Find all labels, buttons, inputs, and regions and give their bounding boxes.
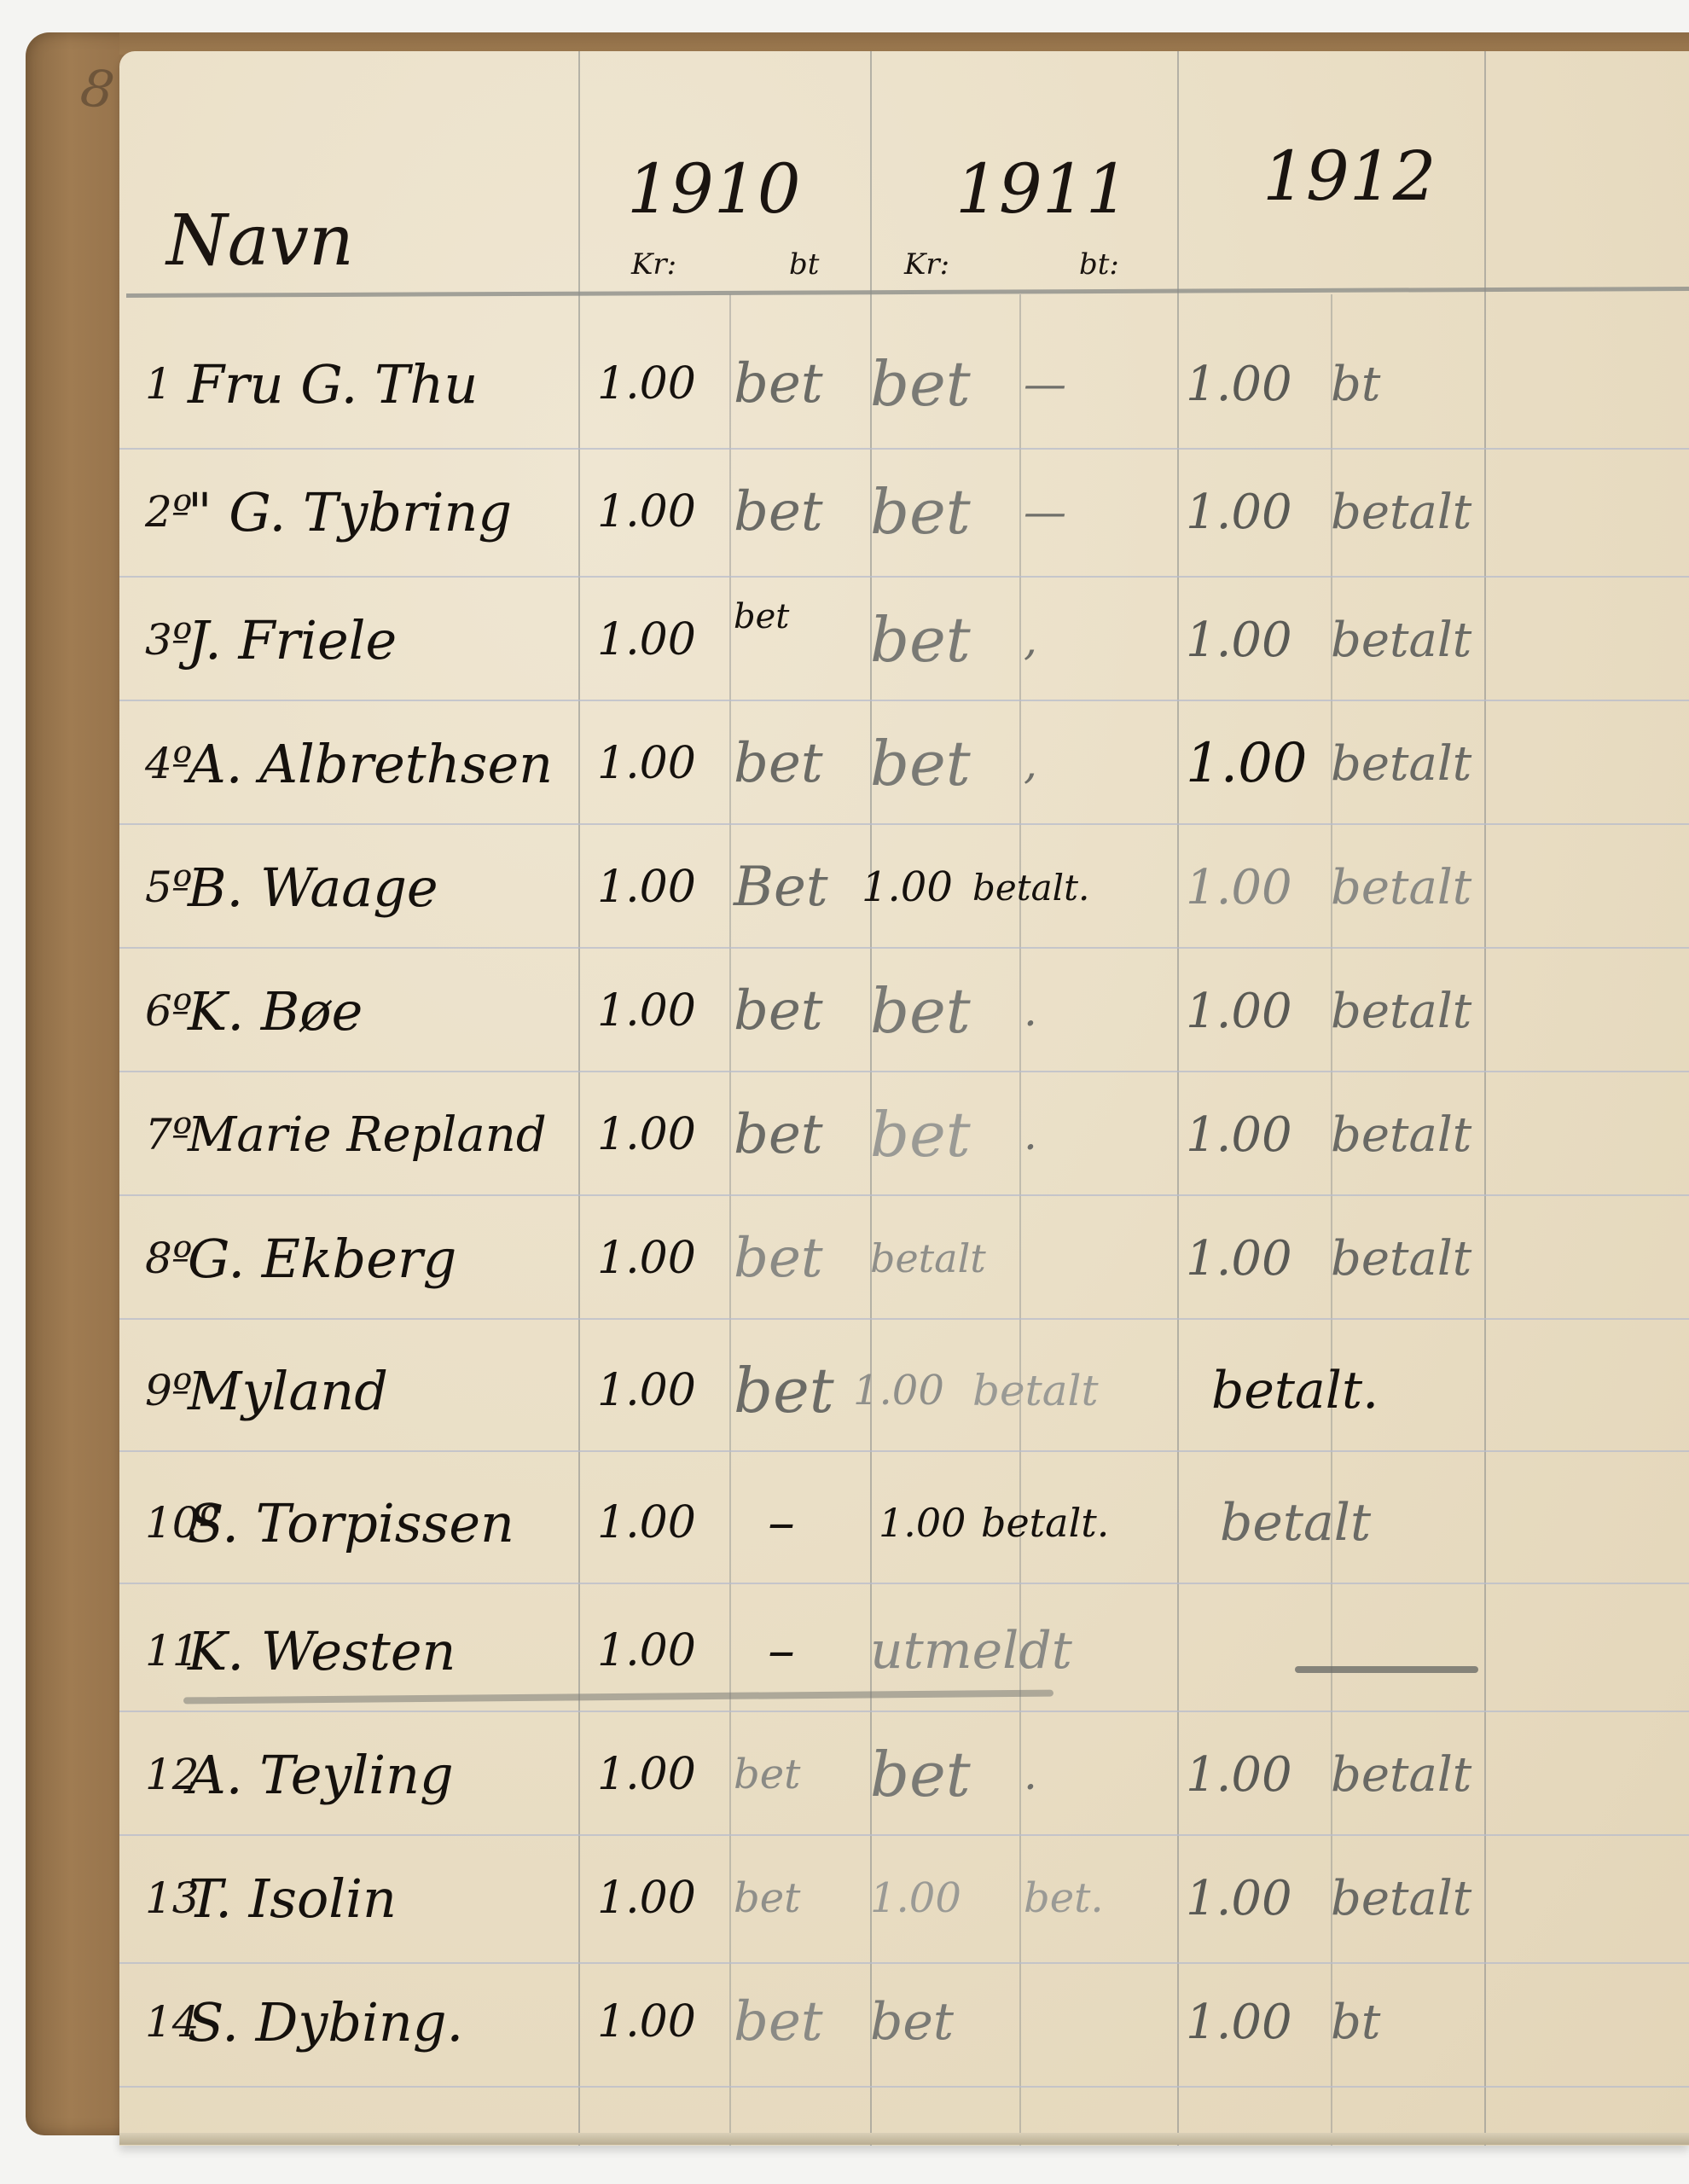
- amount-1911: bet: [870, 1075, 1015, 1194]
- paid-1911: [1024, 1962, 1194, 2082]
- amount-1910: 1.00: [597, 1838, 725, 1958]
- paid-1912: betalt: [1331, 951, 1553, 1071]
- paid-1910: bet: [734, 1715, 879, 1834]
- amount-1911: bet: [870, 951, 1015, 1071]
- amount-1912: 1.00: [1186, 1199, 1339, 1318]
- amount-1912: 1.00: [1186, 951, 1339, 1071]
- paid-1912: betalt: [1331, 452, 1553, 572]
- amount-1910: 1.00: [597, 1075, 725, 1194]
- row-rule: [119, 1318, 1689, 1320]
- column-header-name: Navn: [166, 200, 354, 282]
- paid-1912: bt: [1331, 1962, 1553, 2082]
- row-rule: [119, 1711, 1689, 1712]
- paid-1912: betalt: [1331, 704, 1553, 823]
- amount-1910: 1.00: [597, 324, 725, 444]
- amount-1910: 1.00: [597, 1331, 725, 1450]
- ledger-row: 2º " G. Tybring 1.00 bet bet — 1.00 beta…: [119, 452, 1689, 572]
- paid-1910: bet: [734, 580, 879, 717]
- ledger-row: 10º S. Torpissen 1.00 – 1.00 betalt. bet…: [119, 1463, 1689, 1583]
- subheader-1910-kr: Kr:: [631, 247, 676, 282]
- amount-1910: 1.00: [597, 1962, 725, 2082]
- paid-1911: betalt: [972, 1331, 1143, 1450]
- ledger-row: 14 S. Dybing. 1.00 bet bet 1.00 bt: [119, 1962, 1689, 2082]
- row-rule: [119, 1450, 1689, 1452]
- page-bottom-edge: [119, 2133, 1689, 2145]
- row-rule: [119, 1194, 1689, 1196]
- amount-1910: 1.00: [597, 452, 725, 572]
- dash-mark-1912: [1295, 1666, 1478, 1673]
- row-rule: [119, 2086, 1689, 2088]
- amount-1911: bet: [870, 704, 1015, 823]
- paid-1911: .: [1024, 951, 1194, 1071]
- ledger-row: 12 A. Teyling 1.00 bet bet . 1.00 betalt: [119, 1715, 1689, 1834]
- subheader-1911-bt: bt:: [1079, 247, 1119, 282]
- paid-1910: bet: [734, 452, 879, 572]
- paid-1912: betalt: [1331, 1075, 1553, 1194]
- paid-1911: .: [1024, 1715, 1194, 1834]
- column-header-1911: 1911: [955, 149, 1129, 229]
- amount-1912: 1.00: [1186, 324, 1339, 444]
- paid-1910: bet: [734, 1199, 879, 1318]
- subheader-1911-kr: Kr:: [904, 247, 949, 282]
- ledger-row: 5º B. Waage 1.00 Bet 1.00 betalt. 1.00 b…: [119, 828, 1689, 947]
- amount-1911: betalt: [870, 1199, 1015, 1318]
- column-header-1912: 1912: [1262, 136, 1437, 216]
- amount-1911: bet: [870, 452, 1015, 572]
- row-rule: [119, 823, 1689, 825]
- amount-1910: 1.00: [597, 704, 725, 823]
- amount-1910: 1.00: [597, 580, 725, 700]
- paid-1910: bet: [734, 951, 879, 1071]
- row-rule: [119, 576, 1689, 578]
- paid-1911: ,: [1024, 704, 1194, 823]
- amount-1912: 1.00: [1186, 1715, 1339, 1834]
- amount-1910: 1.00: [597, 1715, 725, 1834]
- amount-1912: 1.00: [1186, 1962, 1339, 2082]
- paid-1912: betalt: [1331, 1715, 1553, 1834]
- row-rule: [119, 1071, 1689, 1072]
- amount-1911: bet: [870, 1715, 1015, 1834]
- ledger-row: 6º K. Bøe 1.00 bet bet . 1.00 betalt: [119, 951, 1689, 1071]
- paid-1911: bet.: [1024, 1838, 1194, 1958]
- paid-1912: betalt: [1220, 1463, 1442, 1583]
- paid-1910: bet: [734, 1075, 879, 1194]
- row-rule: [119, 700, 1689, 701]
- amount-1911: bet: [870, 1962, 1015, 2082]
- amount-1910: 1.00: [597, 1199, 725, 1318]
- paid-1912: betalt: [1331, 580, 1553, 700]
- ledger-row: 3º J. Friele 1.00 bet bet , 1.00 betalt: [119, 580, 1689, 700]
- amount-1911: 1.00: [870, 1838, 1015, 1958]
- paid-1910: bet: [734, 704, 879, 823]
- row-rule: [119, 448, 1689, 450]
- row-rule: [119, 947, 1689, 949]
- amount-1911: bet: [870, 580, 1015, 700]
- ledger-row: 13 T. Isolin 1.00 bet 1.00 bet. 1.00 bet…: [119, 1838, 1689, 1958]
- row-rule: [119, 1583, 1689, 1584]
- paid-1912: betalt: [1331, 828, 1553, 947]
- amount-1912: 1.00: [1186, 1838, 1339, 1958]
- paid-1910: bet: [734, 324, 879, 444]
- row-rule: [119, 1834, 1689, 1836]
- amount-1910: 1.00: [597, 828, 725, 947]
- amount-1910: 1.00: [597, 951, 725, 1071]
- paid-1912: betalt: [1331, 1199, 1553, 1318]
- amount-1912: 1.00: [1186, 452, 1339, 572]
- ledger-row: 8º G. Ekberg 1.00 bet betalt 1.00 betalt: [119, 1199, 1689, 1318]
- paid-1911: betalt.: [981, 1463, 1152, 1583]
- amount-1911: bet: [870, 324, 1015, 444]
- paid-1910: bet: [734, 1962, 879, 2082]
- amount-1912: [1186, 1591, 1339, 1711]
- paid-1912: bt: [1331, 324, 1553, 444]
- amount-1912: 1.00: [1186, 828, 1339, 947]
- ledger-row: 9º Myland 1.00 bet 1.00 betalt betalt.: [119, 1331, 1689, 1450]
- paid-1911: ,: [1024, 580, 1194, 700]
- paid-1911: [1024, 1199, 1194, 1318]
- ledger-row: 4º A. Albrethsen 1.00 bet bet , 1.00 bet…: [119, 704, 1689, 823]
- amount-1910: 1.00: [597, 1463, 725, 1583]
- amount-1912: 1.00: [1186, 580, 1339, 700]
- amount-1912: 1.00: [1186, 1075, 1339, 1194]
- paid-1912: betalt.: [1211, 1331, 1433, 1450]
- ledger-row: 1 Fru G. Thu 1.00 bet bet — 1.00 bt: [119, 324, 1689, 444]
- paid-1910: Bet: [734, 828, 879, 947]
- paid-1911: —: [1024, 452, 1194, 572]
- paid-1911: betalt.: [972, 828, 1143, 947]
- paid-1911: —: [1024, 324, 1194, 444]
- paid-1910: bet: [734, 1838, 879, 1958]
- paid-1912: betalt: [1331, 1838, 1553, 1958]
- paid-1911: .: [1024, 1075, 1194, 1194]
- paid-1912: [1331, 1591, 1553, 1711]
- ledger-row: 7º Marie Repland 1.00 bet bet . 1.00 bet…: [119, 1075, 1689, 1194]
- amount-1912: 1.00: [1186, 704, 1339, 823]
- subheader-1910-bt: bt: [789, 247, 819, 282]
- column-header-1910: 1910: [627, 149, 801, 229]
